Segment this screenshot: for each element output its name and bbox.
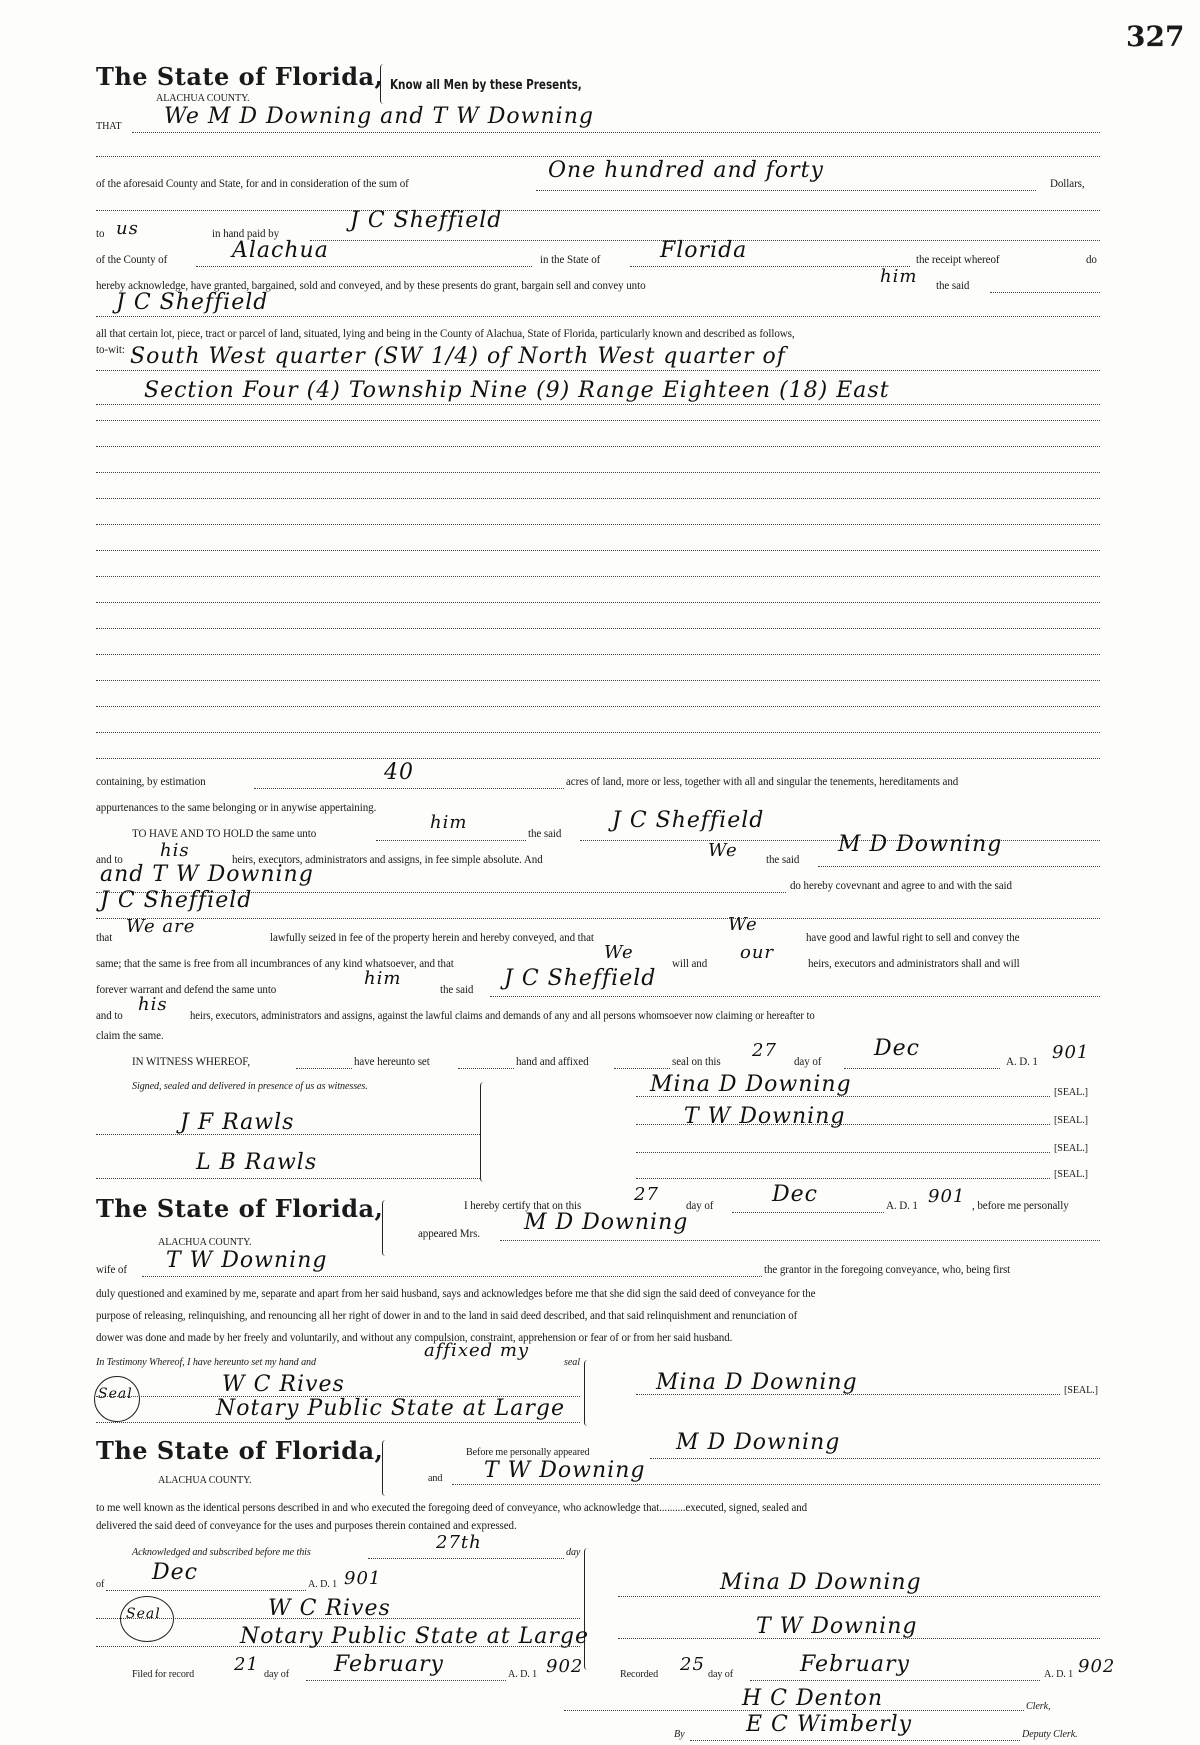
witness-month-value: Dec [874, 1036, 920, 1061]
ack-person-1-line [650, 1458, 1100, 1459]
seal-label-4: [SEAL.] [1054, 1168, 1088, 1180]
witness-brace [480, 1082, 487, 1182]
dower-brace [382, 1200, 389, 1256]
appeared-name-value: M D Downing [524, 1210, 688, 1235]
ack-year-value: 901 [344, 1568, 381, 1589]
dower-month-line [732, 1212, 884, 1213]
state-value: Florida [660, 238, 747, 263]
dower-county: ALACHUA COUNTY. [158, 1236, 251, 1248]
dower-state-title: The State of Florida, [96, 1194, 383, 1223]
filed-day-value: 21 [234, 1654, 259, 1675]
ack-notary-brace [584, 1548, 591, 1670]
filed-month-value: February [334, 1652, 444, 1677]
ack-signature-line-1 [618, 1596, 1100, 1597]
paid-to-value: us [116, 218, 139, 239]
defend-said-label: the said [440, 982, 473, 997]
header-state-title: The State of Florida, [96, 62, 383, 91]
witness-line-2 [96, 1178, 480, 1179]
witness-dots [296, 1068, 352, 1069]
dower-body-3: dower was done and made by her freely an… [96, 1330, 732, 1345]
desc-line [96, 758, 1100, 759]
deed-page: 327 The State of Florida, Know all Men b… [0, 0, 1200, 1745]
desc-line [96, 602, 1100, 603]
subscribed-day-value: 27th [436, 1532, 482, 1553]
dower-notary-brace [584, 1360, 591, 1426]
defend-unto-value: him [364, 968, 401, 989]
filed-day-of-label: day of [264, 1668, 289, 1680]
appeared-label: appeared Mrs. [418, 1226, 480, 1241]
to-wit-label: to-wit: [96, 342, 125, 357]
grantee-line [96, 316, 1100, 317]
right-text: have good and lawful right to sell and c… [806, 930, 1019, 945]
warrant-heirs-value: our [740, 942, 774, 963]
said-line [990, 292, 1100, 293]
right-pronoun-value: We [728, 914, 758, 935]
ack-person-2-line [452, 1484, 1100, 1485]
subscribed-day-label: day [566, 1546, 580, 1558]
acres-text: acres of land, more or less, together wi… [566, 774, 958, 789]
filed-year-value: 902 [546, 1656, 583, 1677]
signature-line-4 [636, 1178, 1050, 1179]
consideration-line [536, 190, 1036, 191]
dower-signature: Mina D Downing [656, 1370, 858, 1395]
defend-grantee-value: J C Sheffield [504, 966, 656, 991]
covenantor-said-label: the said [766, 852, 799, 867]
wife-of-label: wife of [96, 1262, 127, 1277]
header-presents: Know all Men by these Presents, [390, 78, 582, 93]
dollars-label: Dollars, [1050, 176, 1085, 191]
filed-ad-label: A. D. 1 [508, 1668, 537, 1680]
covenantors-value-2: and T W Downing [100, 862, 314, 887]
consideration-text: of the aforesaid County and State, for a… [96, 176, 409, 191]
witness-seal-on-text: seal on this [672, 1054, 721, 1069]
the-said-label: the said [936, 278, 969, 293]
page-number: 327 [1126, 20, 1184, 53]
desc-line [96, 680, 1100, 681]
acres-line [254, 788, 564, 789]
subscribed-day-line [368, 1558, 564, 1559]
seized-pronoun-value: We are [126, 916, 195, 937]
ack-notary-seal-stamp-text: Seal [126, 1606, 161, 1622]
ack-notary-name-line [96, 1618, 580, 1619]
that-label-2: that [96, 930, 112, 945]
ack-and-label: and [428, 1472, 442, 1484]
and-to-label-2: and to [96, 1008, 123, 1023]
habendum-line [376, 840, 526, 841]
filed-month-line [306, 1680, 506, 1681]
by-label: By [674, 1728, 684, 1740]
seal-label-3: [SEAL.] [1054, 1142, 1088, 1154]
covenantors-line [818, 866, 1100, 867]
dower-body-1: duly questioned and examined by me, sepa… [96, 1286, 1103, 1301]
ack-county: ALACHUA COUNTY. [158, 1474, 251, 1486]
witness-day-of-label: day of [794, 1054, 821, 1069]
seal-word: seal [564, 1356, 580, 1368]
witness-hand-text: hand and affixed [516, 1054, 589, 1069]
appeared-line [500, 1240, 1100, 1241]
desc-line [96, 628, 1100, 629]
clerk-label: Clerk, [1026, 1700, 1050, 1712]
ack-ad-label: A. D. 1 [308, 1578, 337, 1590]
defend-grantee-line [490, 996, 1100, 997]
seal-label-1: [SEAL.] [1054, 1086, 1088, 1098]
convey-unto-value: him [880, 266, 917, 287]
recorded-day-value: 25 [680, 1654, 705, 1675]
county-line [196, 266, 532, 267]
witness-year-value: 901 [1052, 1042, 1089, 1063]
deputy-line [690, 1740, 1020, 1741]
state-line [630, 266, 910, 267]
receipt-label: the receipt whereof [916, 252, 999, 267]
description-line-2: Section Four (4) Township Nine (9) Range… [144, 378, 890, 403]
ack-signature-line-2 [618, 1638, 1100, 1639]
wife-of-line [142, 1276, 762, 1277]
desc-line [96, 550, 1100, 551]
ack-month-line [106, 1590, 306, 1591]
desc-line [96, 446, 1100, 447]
defend-heirs-pronoun-value: his [138, 994, 168, 1015]
desc-line [96, 420, 1100, 421]
dower-day-of-label: day of [686, 1198, 713, 1213]
desc-line [96, 654, 1100, 655]
acres-value: 40 [384, 760, 414, 785]
notary-name: W C Rives [222, 1372, 345, 1397]
ack-month-value: Dec [152, 1560, 198, 1585]
claims-text: heirs, executors, administrators and ass… [190, 1008, 1095, 1023]
grantee-value: J C Sheffield [116, 290, 268, 315]
consideration-amount: One hundred and forty [548, 158, 824, 183]
habendum-unto-value: him [430, 812, 467, 833]
signed-text: Signed, sealed and delivered in presence… [132, 1080, 368, 1092]
recorded-year-value: 902 [1078, 1656, 1115, 1677]
covenant-text: do hereby covevnant and agree to and wit… [790, 878, 1012, 893]
recorded-ad-label: A. D. 1 [1044, 1668, 1073, 1680]
witness-month-line [844, 1068, 1000, 1069]
do-label: do [1086, 252, 1097, 267]
ack-before-label: Before me personally appeared [466, 1446, 589, 1458]
that-label: THAT [96, 120, 122, 132]
signature-line-2 [636, 1124, 1050, 1125]
ack-notary-title-line [96, 1646, 580, 1647]
subscribed-text: Acknowledged and subscribed before me th… [132, 1546, 311, 1558]
grantor-text: the grantor in the foregoing conveyance,… [764, 1262, 1010, 1277]
deputy-label: Deputy Clerk. [1022, 1728, 1078, 1740]
heirs-pronoun-value: his [160, 840, 190, 861]
description-line-1: South West quarter (SW 1/4) of North Wes… [130, 344, 786, 369]
witness-ad-label: A. D. 1 [1006, 1054, 1038, 1069]
recorded-label: Recorded [620, 1668, 658, 1680]
signature-line-1 [636, 1096, 1050, 1097]
containing-label: containing, by estimation [96, 774, 206, 789]
desc-line [96, 404, 1100, 405]
paid-by-value: J C Sheffield [350, 208, 502, 233]
grantors-value: We M D Downing and T W Downing [164, 104, 594, 129]
dower-ad-label: A. D. 1 [886, 1198, 918, 1213]
clerk-name: H C Denton [742, 1686, 883, 1711]
header-brace [380, 64, 387, 104]
will-and-label: will and [672, 956, 707, 971]
ack-person-1: M D Downing [676, 1430, 840, 1455]
signature-2: T W Downing [684, 1104, 845, 1129]
claim-same-text: claim the same. [96, 1028, 164, 1043]
habendum-said-label: the said [528, 826, 561, 841]
header-county: ALACHUA COUNTY. [156, 92, 249, 104]
dower-day-value: 27 [634, 1184, 659, 1205]
desc-line [96, 732, 1100, 733]
ack-of-label: of [96, 1578, 104, 1590]
forever-text: forever warrant and defend the same unto [96, 982, 276, 997]
desc-line [96, 370, 1100, 371]
county-of-label: of the County of [96, 252, 167, 267]
witness-line-1 [96, 1134, 480, 1135]
ack-person-2: T W Downing [484, 1458, 645, 1483]
recorded-day-of-label: day of [708, 1668, 733, 1680]
filed-label: Filed for record [132, 1668, 194, 1680]
covenantee-line [96, 918, 1100, 919]
clerk-line [564, 1710, 1024, 1711]
witness-whereof-text: IN WITNESS WHEREOF, [132, 1054, 250, 1069]
habendum-grantee-value: J C Sheffield [612, 808, 764, 833]
dower-body-2: purpose of releasing, relinquishing, and… [96, 1308, 1103, 1323]
appurtenances-text: appurtenances to the same belonging or i… [96, 800, 376, 815]
notary-seal-stamp-text: Seal [98, 1386, 133, 1402]
grantors-line [132, 132, 1100, 133]
desc-line [96, 576, 1100, 577]
desc-line [96, 706, 1100, 707]
covenantee-value: J C Sheffield [100, 888, 252, 913]
husband-value: T W Downing [166, 1248, 327, 1273]
dower-seal-label: [SEAL.] [1064, 1384, 1098, 1396]
habendum-label: TO HAVE AND TO HOLD the same unto [132, 826, 316, 841]
witness-dots [614, 1068, 670, 1069]
warrant-heirs-text: heirs, executors and administrators shal… [808, 956, 1020, 971]
deputy-name: E C Wimberly [746, 1712, 912, 1737]
dower-signature-line [636, 1394, 1060, 1395]
warrant-pronoun-value: We [604, 942, 634, 963]
witness-hereunto-text: have hereunto set [354, 1054, 430, 1069]
notary-title-line [96, 1422, 580, 1423]
desc-line [96, 524, 1100, 525]
desc-line [96, 498, 1100, 499]
covenantor-pronoun-value: We [708, 840, 738, 861]
witness-2: L B Rawls [196, 1150, 317, 1175]
witness-dots [458, 1068, 514, 1069]
ack-body-2: delivered the said deed of conveyance fo… [96, 1518, 517, 1533]
dower-month-value: Dec [772, 1182, 818, 1207]
seized-text: lawfully seized in fee of the property h… [270, 930, 594, 945]
state-of-label: in the State of [540, 252, 600, 267]
witness-day-value: 27 [752, 1040, 777, 1061]
county-value: Alachua [232, 238, 329, 263]
signature-1: Mina D Downing [650, 1072, 852, 1097]
covenantors-value-1: M D Downing [838, 832, 1002, 857]
recorded-month-value: February [800, 1652, 910, 1677]
dower-year-value: 901 [928, 1186, 965, 1207]
witness-1: J F Rawls [180, 1110, 294, 1135]
land-text: all that certain lot, piece, tract or pa… [96, 326, 1105, 341]
desc-line [96, 472, 1100, 473]
to-label: to [96, 226, 104, 241]
blank-line [96, 156, 1100, 157]
ack-body-1: to me well known as the identical person… [96, 1500, 1101, 1515]
notary-title: Notary Public State at Large [216, 1396, 565, 1421]
ack-signature-2: T W Downing [756, 1614, 917, 1639]
affixed-value: affixed my [424, 1340, 529, 1361]
recorded-month-line [750, 1680, 1040, 1681]
ack-state-title: The State of Florida, [96, 1436, 383, 1465]
seal-label-2: [SEAL.] [1054, 1114, 1088, 1126]
ack-signature-1: Mina D Downing [720, 1570, 922, 1595]
testimony-text: In Testimony Whereof, I have hereunto se… [96, 1356, 316, 1368]
dower-before-text: , before me personally [972, 1198, 1069, 1213]
ack-brace [382, 1440, 389, 1496]
signature-line-3 [636, 1152, 1050, 1153]
blank-line [96, 210, 1100, 211]
